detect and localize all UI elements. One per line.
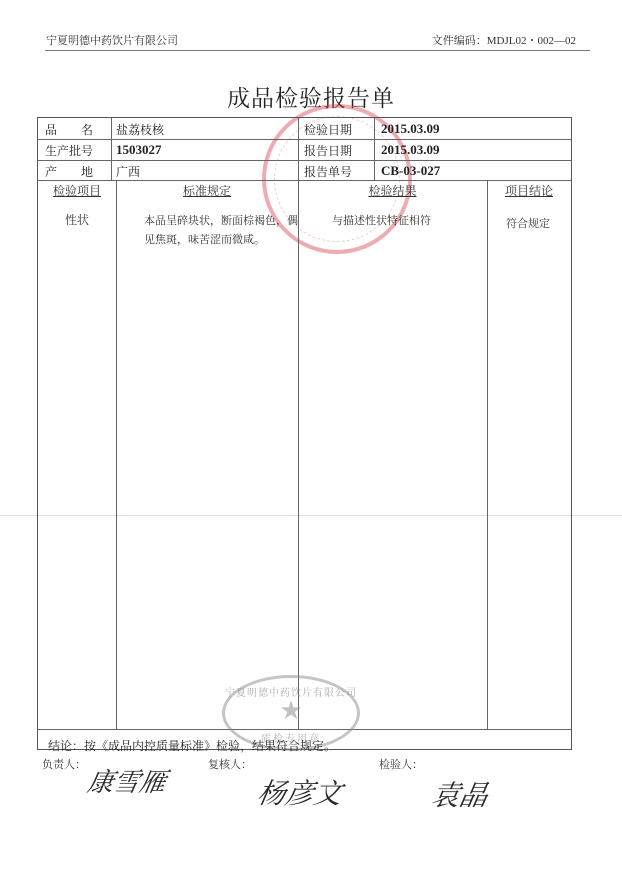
- row-standard: 本品呈碎块状，断面棕褐色，偶 见焦斑，味苦涩而微咸。: [144, 211, 298, 249]
- row-standard-line2: 见焦斑，味苦涩而微咸。: [144, 230, 298, 249]
- reviewer-signature: 杨彦文: [254, 772, 345, 812]
- row-item: 性状: [65, 211, 89, 230]
- col-divider: [111, 118, 112, 180]
- reviewer-label: 复核人：: [208, 756, 252, 772]
- inspector-label: 检验人：: [379, 756, 423, 772]
- origin-label: 产 地: [45, 163, 93, 180]
- header-divider: [45, 50, 590, 51]
- inspection-report-table: 品 名 盐荔枝核 生产批号 1503027 产 地 广西 检验日期 2015.0…: [37, 117, 572, 750]
- row-divider: [38, 139, 571, 140]
- col-divider: [374, 118, 375, 180]
- col-divider: [298, 180, 299, 729]
- report-no-label: 报告单号: [304, 163, 352, 180]
- col-header-standard: 标准规定: [116, 182, 298, 199]
- inspect-date-label: 检验日期: [304, 121, 352, 138]
- inspector-signature: 袁晶: [428, 774, 491, 814]
- report-date-value: 2015.03.09: [381, 142, 440, 158]
- label-text: 品 名: [45, 121, 93, 138]
- col-header-item: 检验项目: [38, 182, 116, 199]
- report-no-value: CB-03-027: [381, 163, 440, 179]
- inspect-date-value: 2015.03.09: [381, 121, 440, 137]
- row-standard-line1: 本品呈碎块状，断面棕褐色，偶: [144, 211, 298, 230]
- row-conclusion: 符合规定: [506, 214, 550, 233]
- col-divider: [116, 180, 117, 729]
- batch-label: 生产批号: [45, 142, 93, 159]
- col-divider: [298, 118, 299, 180]
- row-divider: [38, 180, 571, 181]
- responsible-label: 负责人：: [42, 756, 86, 772]
- row-divider: [38, 160, 571, 161]
- batch-value: 1503027: [116, 142, 162, 158]
- responsible-signature: 康雪雁: [85, 762, 170, 799]
- document-code: 文件编码：MDJL02・002—02: [432, 32, 576, 48]
- col-header-result: 检验结果: [298, 182, 487, 199]
- row-result: 与描述性状特征相符: [332, 211, 431, 230]
- company-name: 宁夏明德中药饮片有限公司: [46, 32, 178, 48]
- col-header-conclusion: 项目结论: [487, 182, 571, 199]
- report-date-label: 报告日期: [304, 142, 352, 159]
- col-divider: [487, 180, 488, 729]
- star-icon: ★: [225, 696, 357, 726]
- conclusion-text: 结论：按《成品内控质量标准》检验，结果符合规定。: [48, 737, 336, 754]
- product-name-value: 盐荔枝核: [116, 121, 164, 138]
- product-name-label: 品 名: [45, 121, 105, 138]
- origin-value: 广西: [116, 163, 140, 180]
